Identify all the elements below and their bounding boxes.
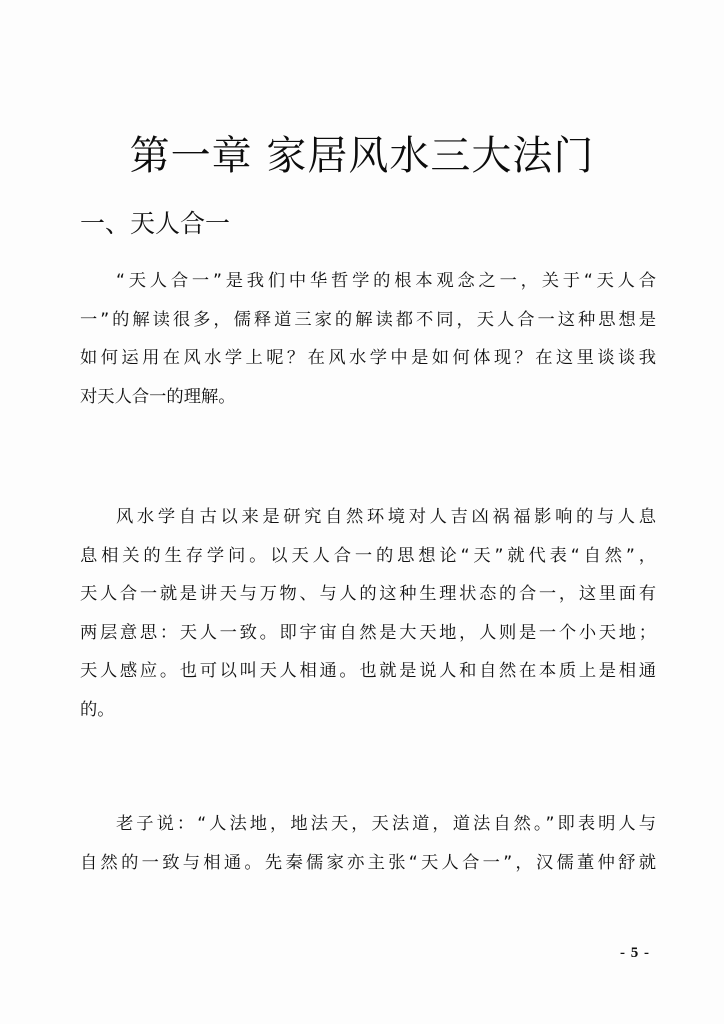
paragraph-line: 息相关的生存学问。以天人合一的思想论“天”就代表“自然”， <box>80 537 656 576</box>
paragraph-3: 老子说：“人法地，地法天，天法道，道法自然。”即表明人与 自然的一致与相通。先秦… <box>80 805 656 882</box>
paragraph-line: 的。 <box>80 691 656 730</box>
paragraph-line: 自然的一致与相通。先秦儒家亦主张“天人合一”，汉儒董仲舒就 <box>80 844 656 883</box>
paragraph-line: “天人合一”是我们中华哲学的根本观念之一，关于“天人合 <box>80 262 656 301</box>
document-page: 第一章 家居风水三大法门 一、天人合一 “天人合一”是我们中华哲学的根本观念之一… <box>0 0 724 1024</box>
chapter-title: 第一章 家居风水三大法门 <box>0 131 724 181</box>
paragraph-line: 天人合一就是讲天与万物、与人的这种生理状态的合一，这里面有 <box>80 575 656 614</box>
section-heading: 一、天人合一 <box>80 208 230 240</box>
paragraph-line: 两层意思：天人一致。即宇宙自然是大天地，人则是一个小天地； <box>80 614 656 653</box>
paragraph-line: 对天人合一的理解。 <box>80 378 656 417</box>
paragraph-line: 风水学自古以来是研究自然环境对人吉凶祸福影响的与人息 <box>80 498 656 537</box>
page-number: - 5 - <box>620 945 650 962</box>
paragraph-line: 天人感应。也可以叫天人相通。也就是说人和自然在本质上是相通 <box>80 652 656 691</box>
paragraph-2: 风水学自古以来是研究自然环境对人吉凶祸福影响的与人息 息相关的生存学问。以天人合… <box>80 498 656 729</box>
paragraph-line: 如何运用在风水学上呢？在风水学中是如何体现？在这里谈谈我 <box>80 339 656 378</box>
paragraph-line: 老子说：“人法地，地法天，天法道，道法自然。”即表明人与 <box>80 805 656 844</box>
paragraph-line: 一”的解读很多，儒释道三家的解读都不同，天人合一这种思想是 <box>80 301 656 340</box>
paragraph-1: “天人合一”是我们中华哲学的根本观念之一，关于“天人合 一”的解读很多，儒释道三… <box>80 262 656 416</box>
